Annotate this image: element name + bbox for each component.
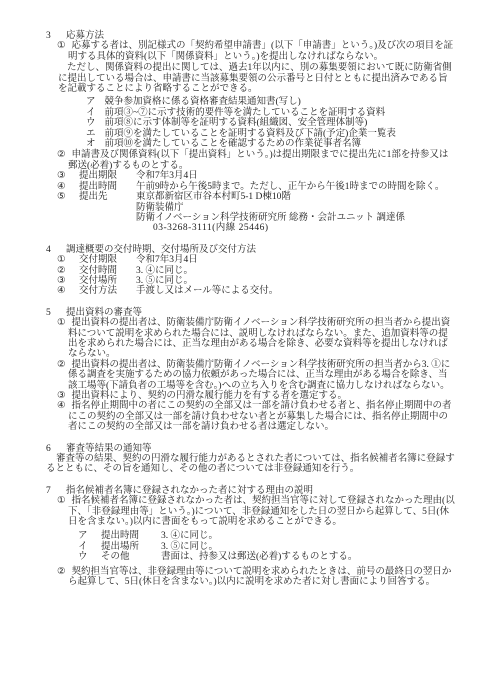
clause-marker: ② <box>57 150 66 160</box>
section-title: 調達概要の交付時期、交付場所及び交付方法 <box>66 245 256 255</box>
clause-text: 申請書及び関係資料(以下「提出資料」という。)は提出期限までに提出先に1部を持参… <box>68 150 448 170</box>
clause-marker: ④ <box>57 401 66 411</box>
section-heading: 6審査等結果の通知等 <box>0 444 456 454</box>
clause-item: ②契約担当官等は、非登録理由等について説明を求められたときは、前号の最終日の翌日… <box>0 567 456 588</box>
field-label: 提出時間 <box>79 182 136 192</box>
agency-name: 防衛装備庁 <box>136 203 456 213</box>
field-label: 提出場所 <box>101 542 161 552</box>
field-label: 交付場所 <box>79 276 136 286</box>
field-value: 令和7年3月4日 <box>136 171 456 181</box>
sublist-text: 競争参加資格に係る資格審査結果通知書(写し) <box>105 97 301 107</box>
office-name: 防衛イノベーション科学技術研究所 総務・会計ユニット 調達係 <box>136 213 456 223</box>
clause-marker: ⑤ <box>57 192 79 234</box>
clause-marker: ② <box>57 266 79 276</box>
clause-item: ②申請書及び関係資料(以下「提出資料」という。)は提出期限までに提出先に1部を持… <box>0 150 456 171</box>
clause-text: 契約担当官等は、非登録理由等について説明を求められたときは、前号の最終日の翌日か… <box>68 567 451 587</box>
field-value: 午前9時から午後5時まで。ただし、正午から午後1時までの時間を除く。 <box>136 182 456 192</box>
sublist-item: ア競争参加資格に係る資格審査結果通知書(写し) <box>0 97 456 107</box>
phone-number: 03-3268-3111(内線 25446) <box>153 223 456 233</box>
section-reason-explanation: 7指名候補者名簿に登録されなかった者に対する理由の説明 ①指名候補者名簿に登録さ… <box>0 486 456 588</box>
clause-item: ①提出資料の提出者は、防衛装備庁防衛イノベーション科学技術研究所の担当者から提出… <box>0 318 456 360</box>
address-line: 東京都新宿区市谷本村町5-1 D棟10階 <box>136 192 456 202</box>
section-title: 審査等結果の通知等 <box>66 444 152 454</box>
field-label: 提出期限 <box>79 171 136 181</box>
field-value: 手渡し又はメール等による交付。 <box>136 286 456 296</box>
field-label: 交付方法 <box>79 286 136 296</box>
sublist-item: エ前項⑨を満たしていることを証明する資料及び下請(予定)企業一覧表 <box>0 129 456 139</box>
document-page: 3応募方法 ①応募する者は、別記様式の「契約希望申請書」(以下「申請書」という。… <box>0 0 490 588</box>
section-title: 提出資料の審査等 <box>66 308 142 318</box>
sublist-text: 前項⑩を満たしていることを確認するための作業従事者名簿 <box>105 139 362 149</box>
address-row: ⑤ 提出先 東京都新宿区市谷本村町5-1 D棟10階 防衛装備庁 防衛イノベーシ… <box>0 192 456 234</box>
deadline-row: ③ 提出期限 令和7年3月4日 <box>0 171 456 181</box>
clause-text: 指名候補者名簿に登録されなかった者は、契約担当官等に対して登録されなかった理由(… <box>68 496 455 527</box>
sublist-kv-row: ア 提出時間 3. ④に同じ。 <box>0 531 456 541</box>
clause-text: 指名停止期間中の者にこの契約の全部又は一部を請け負わせる者と、指名停止期間中の者… <box>68 401 452 432</box>
section-number: 4 <box>46 245 66 255</box>
section-number: 5 <box>46 308 66 318</box>
field-value: 3. ④に同じ。 <box>161 531 456 541</box>
clause-marker: ④ <box>57 286 79 296</box>
clause-marker: ② <box>57 360 66 370</box>
sublist-item: オ前項⑩を満たしていることを確認するための作業従事者名簿 <box>0 139 456 149</box>
clause-marker: ① <box>57 41 66 51</box>
distribution-row: ④ 交付方法 手渡し又はメール等による交付。 <box>0 286 456 296</box>
distribution-row: ② 交付時間 3. ④に同じ。 <box>0 266 456 276</box>
field-value: 3. ⑤に同じ。 <box>161 542 456 552</box>
field-label: その他 <box>101 552 161 562</box>
sublist-text: 前項③~⑦に示す技術的要件等を満たしていることを証明する資料 <box>105 108 386 118</box>
sublist-marker: ウ <box>86 118 96 128</box>
sublist-marker: オ <box>86 139 96 149</box>
clause-item: ②提出資料の提出者は、防衛装備庁防衛イノベーション科学技術研究所の担当者から3.… <box>0 360 456 391</box>
clause-text: 応募する者は、別記様式の「契約希望申請書」(以下「申請書」という。)及び次の項目… <box>68 41 453 61</box>
proviso-paragraph: ただし、関係資料の提出に関しては、過去1年以内に、別の募集要領において既に防衛省… <box>0 63 456 94</box>
section-review: 5提出資料の審査等 ①提出資料の提出者は、防衛装備庁防衛イノベーション科学技術研… <box>0 308 456 433</box>
field-value: 書面は、持参又は郵送(必着)するものとする。 <box>161 552 456 562</box>
sublist-marker: ア <box>86 97 96 107</box>
clause-text: 提出資料の提出者は、防衛装備庁防衛イノベーション科学技術研究所の担当者から3. … <box>68 360 450 391</box>
clause-marker: ② <box>57 567 66 577</box>
sublist-marker: ア <box>78 531 101 541</box>
clause-marker: ③ <box>57 276 79 286</box>
field-label: 提出先 <box>79 192 136 234</box>
field-value: 3. ⑤に同じ。 <box>136 276 456 286</box>
sublist-marker: ウ <box>78 552 101 562</box>
sublist-text: 前項⑨を満たしていることを証明する資料及び下請(予定)企業一覧表 <box>105 129 396 139</box>
section-heading: 4調達概要の交付時期、交付場所及び交付方法 <box>0 245 456 255</box>
clause-item: ④指名停止期間中の者にこの契約の全部又は一部を請け負わせる者と、指名停止期間中の… <box>0 401 456 432</box>
field-label: 交付時間 <box>79 266 136 276</box>
clause-item: ①指名候補者名簿に登録されなかった者は、契約担当官等に対して登録されなかった理由… <box>0 496 456 527</box>
sublist-kv-row: イ 提出場所 3. ⑤に同じ。 <box>0 542 456 552</box>
sublist-marker: イ <box>86 108 96 118</box>
hours-row: ④ 提出時間 午前9時から午後5時まで。ただし、正午から午後1時までの時間を除く… <box>0 182 456 192</box>
section-application-method: 3応募方法 ①応募する者は、別記様式の「契約希望申請書」(以下「申請書」という。… <box>0 31 456 234</box>
field-label: 交付期限 <box>79 255 136 265</box>
clause-marker: ③ <box>57 171 79 181</box>
clause-item: ①応募する者は、別記様式の「契約希望申請書」(以下「申請書」という。)及び次の項… <box>0 41 456 62</box>
section-distribution: 4調達概要の交付時期、交付場所及び交付方法 ① 交付期限 令和7年3月4日 ② … <box>0 245 456 297</box>
field-label: 提出時間 <box>101 531 161 541</box>
section-heading: 3応募方法 <box>0 31 456 41</box>
clause-marker: ③ <box>57 391 66 401</box>
clause-marker: ① <box>57 496 66 506</box>
distribution-row: ③ 交付場所 3. ⑤に同じ。 <box>0 276 456 286</box>
field-value: 令和7年3月4日 <box>136 255 456 265</box>
document-sublist: ア 提出時間 3. ④に同じ。 イ 提出場所 3. ⑤に同じ。 ウ その他 書面… <box>0 531 456 562</box>
clause-text: 提出資料の提出者は、防衛装備庁防衛イノベーション科学技術研究所の担当者から提出資… <box>68 318 450 359</box>
section-body: 審査等の結果、契約の円滑な履行能力があるとされた者については、指名候補者名簿に登… <box>0 454 456 475</box>
sublist-marker: エ <box>86 129 96 139</box>
section-heading: 5提出資料の審査等 <box>0 308 456 318</box>
section-number: 3 <box>46 31 66 41</box>
section-notification: 6審査等結果の通知等 審査等の結果、契約の円滑な履行能力があるとされた者について… <box>0 444 456 475</box>
sublist-marker: イ <box>78 542 101 552</box>
sublist-text: 前項⑧に示す体制等を証明する資料(組織図、安全管理体制等) <box>105 118 368 128</box>
sublist-item: イ前項③~⑦に示す技術的要件等を満たしていることを証明する資料 <box>0 108 456 118</box>
sublist-kv-row: ウ その他 書面は、持参又は郵送(必着)するものとする。 <box>0 552 456 562</box>
section-heading: 7指名候補者名簿に登録されなかった者に対する理由の説明 <box>0 486 456 496</box>
clause-item: ③提出資料により、契約の円滑な履行能力を有する者を選定する。 <box>0 391 456 401</box>
section-title: 応募方法 <box>66 31 104 41</box>
section-title: 指名候補者名簿に登録されなかった者に対する理由の説明 <box>66 486 313 496</box>
clause-marker: ① <box>57 255 79 265</box>
field-value: 3. ④に同じ。 <box>136 266 456 276</box>
address-block: 東京都新宿区市谷本村町5-1 D棟10階 防衛装備庁 防衛イノベーション科学技術… <box>136 192 456 234</box>
distribution-row: ① 交付期限 令和7年3月4日 <box>0 255 456 265</box>
clause-marker: ① <box>57 318 66 328</box>
sublist-item: ウ前項⑧に示す体制等を証明する資料(組織図、安全管理体制等) <box>0 118 456 128</box>
section-number: 6 <box>46 444 66 454</box>
clause-text: 提出資料により、契約の円滑な履行能力を有する者を選定する。 <box>72 391 348 401</box>
document-sublist: ア競争参加資格に係る資格審査結果通知書(写し) イ前項③~⑦に示す技術的要件等を… <box>0 97 456 149</box>
clause-marker: ④ <box>57 182 79 192</box>
section-number: 7 <box>46 486 66 496</box>
